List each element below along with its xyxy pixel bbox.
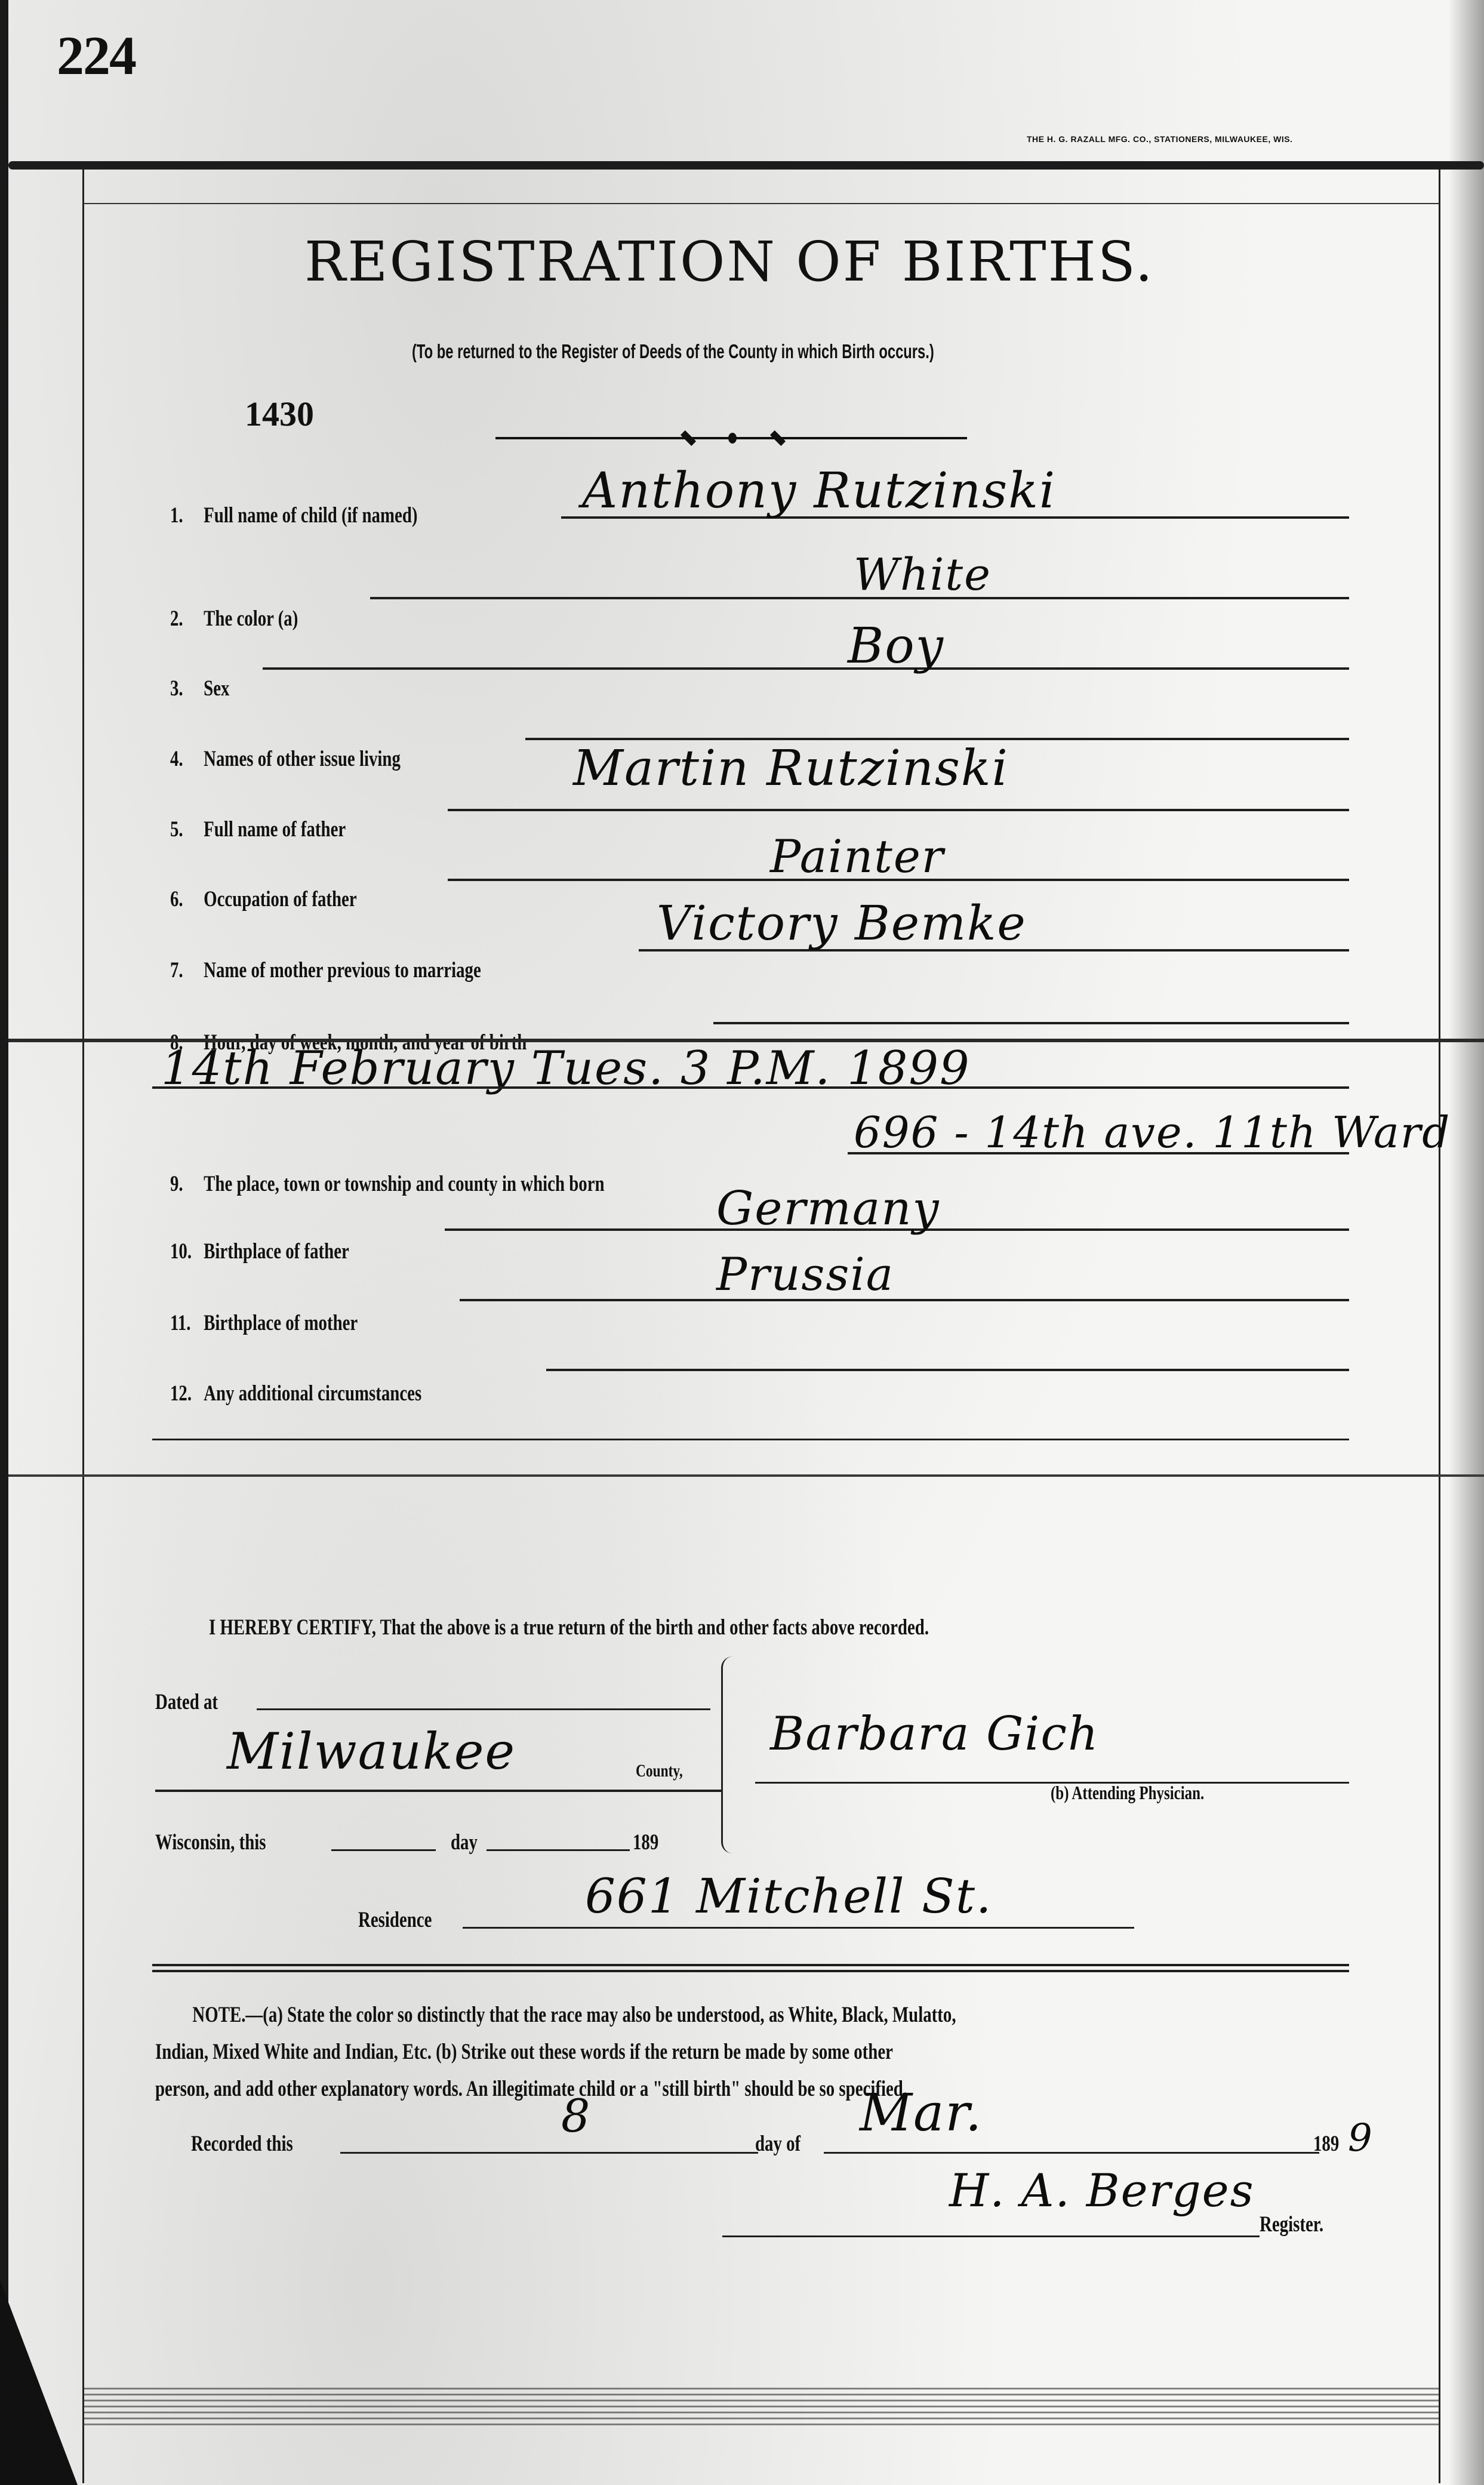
field-sex-line <box>263 667 1349 670</box>
field-mother-birthplace-line <box>460 1299 1349 1301</box>
certification-statement: I HEREBY CERTIFY, That the above is a tr… <box>209 1615 929 1640</box>
register-line <box>722 2235 1260 2237</box>
wisconsin-day-line <box>331 1849 436 1851</box>
field-color-label: 2.The color (a) <box>170 606 298 632</box>
physician-signature: Barbara Gich <box>770 1707 1099 1761</box>
field-additional-circumstances-line <box>546 1369 1349 1371</box>
footnote-line-3: person, and add other explanatory words.… <box>155 2071 1366 2108</box>
county-line <box>155 1790 722 1792</box>
year-prefix: 189 <box>633 1830 658 1855</box>
recorded-year-prefix: 189 <box>1313 2131 1339 2157</box>
field-father-occupation-label: 6.Occupation of father <box>170 886 357 912</box>
birth-registration-page: 224 THE H. G. RAZALL MFG. CO., STATIONER… <box>0 0 1484 2485</box>
dated-at-line <box>257 1708 710 1710</box>
field-child-name-label: 1.Full name of child (if named) <box>170 503 418 528</box>
page-number: 224 <box>57 24 136 87</box>
field-mother-birthplace-value: Prussia <box>716 1248 894 1301</box>
field-child-name-value: Anthony Rutzinski <box>582 463 1056 519</box>
day-of-label: day of <box>755 2131 801 2157</box>
bottom-ruled-band <box>84 2388 1439 2429</box>
field-birthplace-value: 696 - 14th ave. 11th Ward <box>854 1107 1451 1157</box>
register-label: Register. <box>1260 2212 1323 2237</box>
field-birth-datetime-line <box>713 1022 1349 1024</box>
title-ornament <box>495 435 967 442</box>
field-sex-label: 3.Sex <box>170 676 229 701</box>
field-father-name-label: 5.Full name of father <box>170 817 346 842</box>
scan-corner <box>0 2280 78 2485</box>
day-label: day <box>451 1830 478 1855</box>
frame-border-right <box>1439 167 1440 2483</box>
dated-at-value: Milwaukee <box>227 1722 516 1781</box>
double-rule-bottom <box>152 1970 1349 1972</box>
physician-label: (b) Attending Physician. <box>1051 1782 1204 1804</box>
footnote: NOTE.—(a) State the color so distinctly … <box>155 1997 1366 2108</box>
field-color-value: White <box>854 549 992 601</box>
recorded-day-value: 8 <box>561 2089 591 2142</box>
field-additional-circumstances-line-2 <box>152 1439 1349 1440</box>
field-mother-maiden-name-label: 7.Name of mother previous to marriage <box>170 957 481 983</box>
field-father-name-line <box>448 809 1349 811</box>
field-other-issue-label: 4.Names of other issue living <box>170 746 401 772</box>
field-additional-circumstances-label: 12.Any additional circumstances <box>170 1381 421 1406</box>
printer-imprint: THE H. G. RAZALL MFG. CO., STATIONERS, M… <box>1027 134 1292 144</box>
recorded-year-suffix: 9 <box>1348 2116 1374 2160</box>
residence-value: 661 Mitchell St. <box>585 1868 992 1924</box>
certification-brace <box>721 1656 732 1853</box>
section-divider <box>8 1474 1484 1477</box>
field-mother-birthplace-label: 11.Birthplace of mother <box>170 1310 358 1336</box>
register-signature: H. A. Berges <box>949 2164 1255 2217</box>
field-birth-datetime-line-2 <box>152 1086 1349 1089</box>
residence-line <box>463 1927 1134 1929</box>
dated-at-label: Dated at <box>155 1689 218 1715</box>
field-sex-value: Boy <box>848 618 944 675</box>
recorded-day-line <box>340 2152 758 2154</box>
wisconsin-year-line <box>487 1849 630 1851</box>
residence-label: Residence <box>358 1907 432 1933</box>
double-rule-top <box>152 1964 1349 1966</box>
field-father-occupation-value: Painter <box>770 830 944 883</box>
recorded-label: Recorded this <box>191 2131 293 2157</box>
wisconsin-label: Wisconsin, this <box>155 1830 266 1855</box>
field-birthplace-label: 9.The place, town or township and county… <box>170 1171 605 1197</box>
frame-border-left <box>82 167 84 2483</box>
top-thin-rule <box>84 203 1439 204</box>
field-father-name-value: Martin Rutzinski <box>573 740 1009 797</box>
top-rule <box>8 161 1484 170</box>
county-label: County, <box>636 1761 683 1781</box>
field-father-birthplace-value: Germany <box>716 1182 940 1236</box>
scan-right-shadow <box>1448 0 1484 2485</box>
footnote-line-2: Indian, Mixed White and Indian, Etc. (b)… <box>155 2034 1366 2071</box>
scan-left-edge <box>0 0 8 2485</box>
recorded-month-line <box>824 2152 1319 2154</box>
footnote-line-1: NOTE.—(a) State the color so distinctly … <box>155 1997 1366 2034</box>
recorded-month-value: Mar. <box>860 2083 983 2143</box>
certificate-number: 1430 <box>245 394 314 434</box>
document-title: REGISTRATION OF BIRTHS. <box>304 230 1154 294</box>
document-subtitle: (To be returned to the Register of Deeds… <box>412 340 934 363</box>
field-father-birthplace-label: 10.Birthplace of father <box>170 1239 349 1264</box>
field-mother-maiden-name-value: Victory Bemke <box>657 895 1027 951</box>
